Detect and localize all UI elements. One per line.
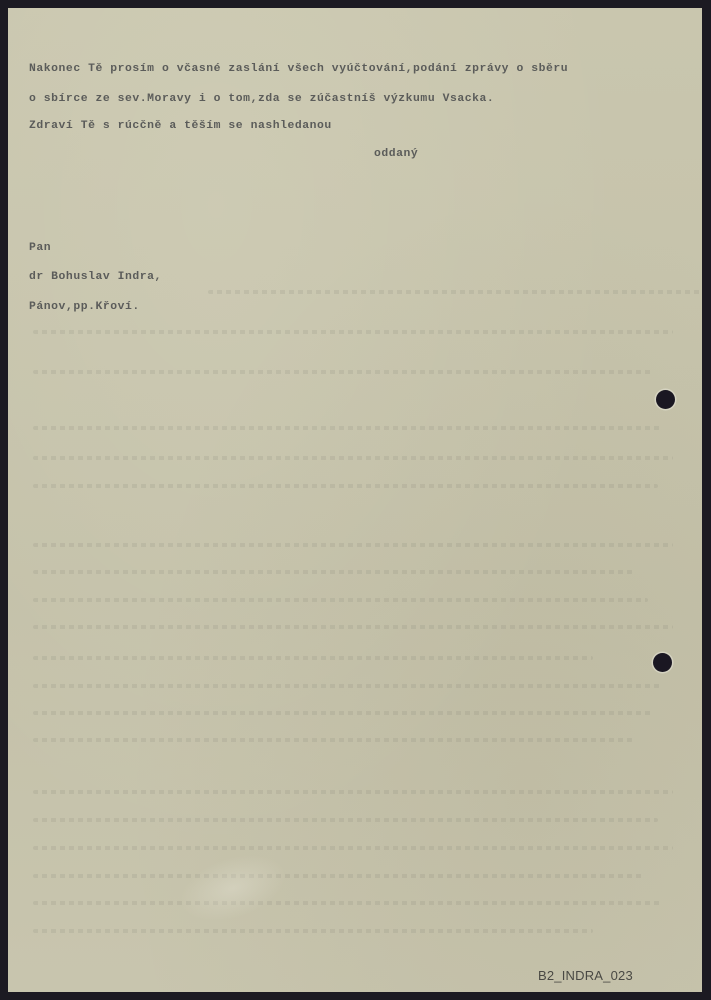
bleed-through-line <box>33 901 663 905</box>
bleed-through-line <box>33 570 633 574</box>
addressee-name: dr Bohuslav Indra, <box>29 272 162 283</box>
addressee-salutation: Pan <box>29 243 51 254</box>
bleed-through-line <box>33 818 658 822</box>
bleed-through-line <box>33 330 673 334</box>
body-line-3: Zdraví Tě s rúcčně a těším se nashledano… <box>29 121 332 132</box>
bleed-through-line <box>33 656 593 660</box>
bleed-through-line <box>33 543 673 547</box>
body-line-1: Nakonec Tě prosím o včasné zaslání všech… <box>29 64 568 75</box>
body-line-2: o sbírce ze sev.Moravy i o tom,zda se zú… <box>29 94 494 105</box>
archive-label: B2_INDRA_023 <box>538 968 633 983</box>
punch-hole <box>653 653 672 672</box>
bleed-through-line <box>33 484 658 488</box>
bleed-through-line <box>33 370 653 374</box>
bleed-through-line <box>208 290 702 294</box>
bleed-through-line <box>33 929 593 933</box>
bleed-through-line <box>33 846 673 850</box>
bleed-through-line <box>33 426 663 430</box>
bleed-through-line <box>33 711 653 715</box>
closing-signature: oddaný <box>374 149 418 160</box>
bleed-through-line <box>33 684 663 688</box>
bleed-through-line <box>33 598 648 602</box>
bleed-through-line <box>33 625 673 629</box>
paper-crease <box>171 842 294 933</box>
letter-page: Nakonec Tě prosím o včasné zaslání všech… <box>8 8 702 992</box>
addressee-address: Pánov,pp.Křoví. <box>29 302 140 313</box>
bleed-through-line <box>33 874 643 878</box>
bleed-through-line <box>33 738 633 742</box>
punch-hole <box>656 390 675 409</box>
bleed-through-line <box>33 790 673 794</box>
bleed-through-line <box>33 456 673 460</box>
